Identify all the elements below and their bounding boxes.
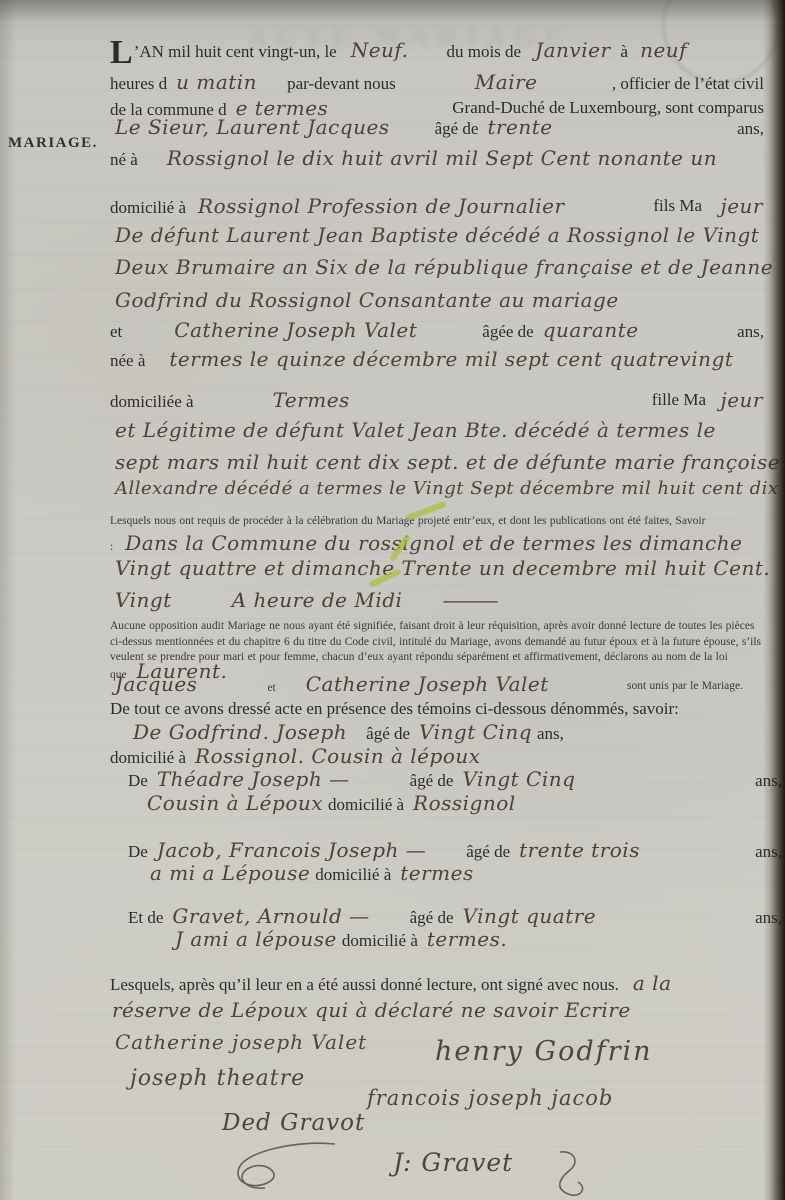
handwritten-text: Le Sieur, Laurent Jacques	[115, 115, 390, 139]
document-line: domicilié àRossignol Profession de Journ…	[110, 194, 768, 218]
handwritten-text: Jacob, Francois Joseph —	[157, 838, 426, 862]
document-line: De défunt Laurent Jean Baptiste décédé a…	[110, 223, 768, 247]
document-line: VingtA heure de Midi———	[110, 588, 768, 612]
printed-text: domiciliée à	[110, 392, 194, 411]
document-line: Et deGravet, Arnould —âgé deVingt quatre…	[128, 904, 785, 928]
printed-text: âgé de	[366, 724, 410, 743]
handwritten-text: Rossignol	[413, 791, 516, 815]
handwritten-text: termes	[400, 861, 474, 885]
handwritten-text: Vingt quatre	[463, 904, 597, 928]
handwritten-text: réserve de Lépoux qui à déclaré ne savoi…	[112, 998, 631, 1022]
printed-text: De tout ce avons dressé acte en présence…	[110, 699, 679, 718]
document-line: DeJacob, Francois Joseph —âgé detrente t…	[128, 838, 785, 862]
printed-text: ans,	[537, 724, 564, 743]
document-line: et Légitime de défunt Valet Jean Bte. dé…	[110, 418, 768, 442]
handwritten-text: Allexandre décédé a termes le Vingt Sept…	[115, 478, 785, 499]
document-line: née àtermes le quinze décembre mil sept …	[110, 347, 768, 371]
handwritten-text: Gravet, Arnould —	[172, 904, 369, 928]
handwritten-text: Vingt quattre et dimanche Trente un dece…	[115, 556, 770, 580]
signature-witness-jacob: francois joseph jacob	[367, 1086, 613, 1110]
printed-text: L	[110, 34, 133, 71]
printed-text: âgé de	[435, 119, 479, 138]
printed-text: domicilié à	[110, 748, 186, 767]
handwritten-text: Termes	[273, 388, 350, 412]
handwritten-text: u matin	[176, 70, 257, 94]
printed-text: domicilié à	[110, 198, 186, 217]
handwritten-text: Godfrind du Rossignol Consantante au mar…	[115, 288, 619, 312]
document-line: Deux Brumaire an Six de la république fr…	[110, 255, 768, 279]
printed-text: âgé de	[410, 771, 454, 790]
document-line: né àRossignol le dix huit avril mil Sept…	[110, 146, 768, 170]
printed-text: , officier de l’état civil	[612, 74, 764, 94]
document-line: JacquesetCatherine Joseph Valetsont unis…	[110, 672, 768, 696]
printed-text: née à	[110, 351, 145, 370]
document-line: etCatherine Joseph Valetâgée dequarantea…	[110, 318, 768, 342]
printed-text: et	[267, 682, 275, 694]
handwritten-text: Rossignol Profession de Journalier	[198, 194, 565, 218]
printed-text: domicilié à	[342, 931, 418, 950]
handwritten-text: et Légitime de défunt Valet Jean Bte. dé…	[115, 418, 716, 442]
handwritten-text: Janvier	[535, 38, 610, 62]
document-line: sept mars mil huit cent dix sept. et de …	[110, 450, 768, 474]
printed-text: fils Ma	[653, 196, 702, 216]
handwritten-text: Rossignol. Cousin à lépoux	[195, 744, 481, 768]
document-line: Allexandre décédé a termes le Vingt Sept…	[110, 478, 768, 499]
document-line: J ami a lépousedomicilié àtermes.	[170, 927, 785, 951]
signature-witness-godfrin: henry Godfrin	[435, 1036, 653, 1067]
signature-officer-gravet: J: Gravet	[393, 1148, 513, 1177]
printed-text: à	[621, 42, 629, 61]
document-line: De Godfrind. Josephâgé deVingt Cinqans,	[128, 720, 785, 744]
handwritten-text: J ami a lépouse	[175, 927, 337, 951]
handwritten-text: sept mars mil huit cent dix sept. et de …	[115, 450, 780, 474]
printed-text: fille Ma	[652, 390, 706, 410]
handwritten-text: De défunt Laurent Jean Baptiste décédé a…	[115, 223, 759, 247]
printed-text: ans,	[737, 322, 764, 342]
document-line: Godfrind du Rossignol Consantante au mar…	[110, 288, 768, 312]
printed-text: Lesquels, après qu’il leur en a été auss…	[110, 975, 619, 994]
handwritten-text: trente trois	[519, 838, 640, 862]
document-line: réserve de Lépoux qui à déclaré ne savoi…	[107, 998, 765, 1022]
document-line: Vingt quattre et dimanche Trente un dece…	[110, 556, 768, 580]
book-binding-edge	[763, 0, 785, 1200]
handwritten-text: A heure de Midi	[232, 588, 403, 612]
handwritten-text: neuf	[640, 38, 687, 62]
handwritten-text: Deux Brumaire an Six de la république fr…	[115, 255, 773, 279]
printed-text: du mois de	[446, 42, 521, 61]
printed-text: De	[128, 842, 148, 861]
handwritten-text: Rossignol le dix huit avril mil Sept Cen…	[167, 146, 717, 170]
printed-text: âgé de	[466, 842, 510, 861]
page-left-shadow	[0, 0, 16, 1200]
handwritten-text: Vingt Cinq	[462, 767, 575, 791]
handwritten-text: Neuf.	[351, 38, 409, 62]
document-line: domiciliée àTermesfille Majeur	[110, 388, 768, 412]
handwritten-text: jeur	[721, 388, 763, 412]
handwritten-text: Dans la Commune du rossignol et de terme…	[125, 531, 742, 555]
printed-text: âgée de	[482, 322, 533, 341]
handwritten-text: Maire	[475, 70, 538, 94]
signature-witness-theatre: joseph theatre	[130, 1066, 305, 1091]
document-body: L’AN mil huit cent vingt-un, leNeuf.du m…	[0, 0, 785, 1200]
handwritten-text: Cousin à Lépoux	[147, 791, 323, 815]
handwritten-text: termes le quinze décembre mil sept cent …	[169, 347, 733, 371]
handwritten-text: quarante	[543, 318, 639, 342]
handwritten-text: Catherine Joseph Valet	[174, 318, 417, 342]
document-line: Cousin à Lépouxdomicilié àRossignol	[142, 791, 785, 815]
signature-bride: Catherine joseph Valet	[115, 1030, 367, 1054]
handwritten-text: jeur	[721, 194, 763, 218]
handwritten-text: De Godfrind. Joseph	[133, 720, 347, 744]
printed-text: ’AN mil huit cent vingt-un, le	[134, 42, 337, 61]
handwritten-text: termes.	[427, 927, 507, 951]
printed-text: sont unis par le Mariage.	[627, 680, 743, 692]
printed-text: Et de	[128, 908, 163, 927]
document-line: Le Sieur, Laurent Jacquesâgé detrenteans…	[110, 115, 768, 139]
document-line: DeThéadre Joseph —âgé deVingt Cinqans,	[128, 767, 785, 791]
document-line: Lesquels, après qu’il leur en a été auss…	[110, 971, 768, 995]
handwritten-text: Jacques	[115, 672, 197, 696]
printed-text: ans,	[737, 119, 764, 139]
printed-text: par-devant nous	[287, 74, 396, 93]
handwritten-text: Catherine Joseph Valet	[306, 672, 549, 696]
printed-text: né à	[110, 150, 138, 169]
printed-text: domicilié à	[315, 865, 391, 884]
handwritten-text: Vingt Cinq	[419, 720, 532, 744]
page-top-shadow	[0, 0, 785, 22]
printed-text: heures d	[110, 74, 167, 93]
handwritten-text: ———	[442, 588, 496, 612]
handwritten-text: trente	[487, 115, 552, 139]
printed-text: et	[110, 322, 122, 341]
document-line: domicilié àRossignol. Cousin à lépoux	[110, 744, 768, 768]
handwritten-text: Théadre Joseph —	[157, 767, 350, 791]
document-line: De tout ce avons dressé acte en présence…	[110, 699, 768, 719]
handwritten-text: Vingt	[115, 588, 172, 612]
signature-witness-gravot: Ded Gravot	[222, 1110, 365, 1136]
handwritten-text: a la	[633, 971, 672, 995]
document-line: Lesquels nous ont requis de procéder à l…	[110, 511, 762, 556]
document-line: heures du matinpar-devant nousMaire, off…	[110, 70, 768, 94]
document-page: { "colors": { "paper": "#cbcac4", "print…	[0, 0, 785, 1200]
printed-text: âgé de	[410, 908, 454, 927]
document-line: a mi a Lépousedomicilié àtermes	[145, 861, 785, 885]
handwritten-text: a mi a Lépouse	[150, 861, 310, 885]
printed-text: domicilié à	[328, 795, 404, 814]
document-line: L’AN mil huit cent vingt-un, leNeuf.du m…	[110, 38, 768, 62]
printed-text: De	[128, 771, 148, 790]
